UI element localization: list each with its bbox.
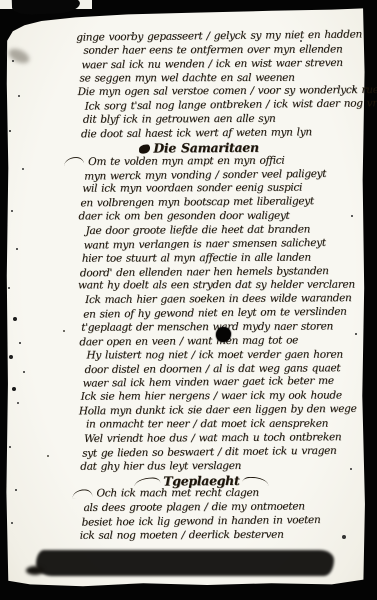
manuscript-line-text: die doot sal haest ick wert af weten myn… xyxy=(81,126,312,140)
manuscript-line-text: en volbrengen myn bootscap met liberalig… xyxy=(80,196,314,210)
manuscript-line-text: Die myn ogen sal verstoe comen / voor sy… xyxy=(78,84,377,98)
manuscript-line: ick sal nog moeten / deerlick besterven xyxy=(80,528,376,543)
speaker-heading-text: Tgeplaeght xyxy=(163,472,239,488)
manuscript-line-text: en sien of hy gewond niet en leyt om te … xyxy=(83,306,347,321)
bottom-smudge-band xyxy=(36,550,334,576)
manuscript-line-text: se seggen myn wel dachte en sal weenen xyxy=(80,71,295,84)
manuscript-line-text: daer ick om ben gesonden door waligeyt xyxy=(78,210,289,223)
manuscript-line-text: Ick mach hier gaen soeken in dees wilde … xyxy=(85,292,351,306)
bottom-smudge-tail xyxy=(26,566,44,575)
manuscript-line-text: want myn verlangen is naer smensen salic… xyxy=(84,237,326,252)
manuscript-line-text: Om te volden myn ampt en myn offici xyxy=(88,154,284,167)
manuscript-line-text: Jae door groote liefde die heet dat bran… xyxy=(86,223,311,237)
manuscript-line-text: Hy luistert nog niet / ick moet verder g… xyxy=(86,348,342,361)
manuscript-line-text: t'geplaagt der menschen ward mydy naer s… xyxy=(81,321,333,334)
manuscript-line: in onmacht ter neer / dat moet ick aensp… xyxy=(79,418,375,433)
manuscript-line-text: waer sal ick nu wenden / ick en wist wae… xyxy=(81,57,342,71)
manuscript-line-text: Wel vriendt hoe dus / wat mach u toch on… xyxy=(84,431,341,445)
manuscript-line-text: sonder haer eens te ontfermen over myn e… xyxy=(83,43,342,56)
manuscript-line: Och ick mach met recht clagen xyxy=(79,487,375,502)
manuscript-line-text: dit blyf ick in getrouwen aen alle syn xyxy=(83,113,276,126)
manuscript-line-text: myn werck myn vonding / sonder veel pali… xyxy=(84,167,326,182)
manuscript-line-text: Ick sorg t'sal nog lange ontbreken / ick… xyxy=(85,98,377,113)
manuscript-line-text: door distel en doornen / al is dat weg g… xyxy=(85,362,341,376)
swash-flourish-icon xyxy=(134,477,160,486)
manuscript-line-text: hier toe stuurt al myn affectie in alle … xyxy=(82,251,311,264)
manuscript-line-text: als dees groote plagen / die my ontmoete… xyxy=(84,501,305,515)
manuscript-line-text: dat ghy hier dus leyt verslagen xyxy=(80,460,241,473)
manuscript-line-text: want hy doelt als een stryden dat sy hel… xyxy=(78,279,355,292)
manuscript-line-text: in onmacht ter neer / dat moet ick aensp… xyxy=(86,418,328,431)
scan-speckle-noise xyxy=(0,0,2,2)
manuscript-line: want hy doelt als een stryden dat sy hel… xyxy=(78,279,374,294)
swash-flourish-icon xyxy=(242,476,268,485)
manuscript-line: Hy luistert nog niet / ick moet verder g… xyxy=(78,348,374,363)
manuscript-line-text: wil ick myn voordaen sonder eenig suspic… xyxy=(82,182,302,195)
manuscript-line-text: Holla myn dunkt ick sie daer een liggen … xyxy=(79,403,357,418)
manuscript-line-text: besiet hoe ick lig gewond in handen in v… xyxy=(82,514,321,529)
manuscript-line-text: syt ge lieden so beswaert / dit moet ick… xyxy=(82,445,336,460)
manuscript-line: hier toe stuurt al myn affectie in alle … xyxy=(78,251,374,266)
manuscript-line-text: Ick sie hem hier nergens / waer ick my o… xyxy=(81,390,342,403)
manuscript-line: daer ick om ben gesonden door waligeyt xyxy=(77,210,373,225)
manuscript-text-column: ginge voorby gepasseert / gelyck sy my n… xyxy=(76,29,376,544)
scan-corner-blob xyxy=(12,0,81,15)
manuscript-line-text: doord' den ellenden naer hen hemels byst… xyxy=(80,265,329,279)
fleuron-flourish-icon xyxy=(139,144,150,153)
manuscript-line-text: Och ick mach met recht clagen xyxy=(96,487,258,499)
manuscript-scan: { "page": { "kind": "scanned handwritten… xyxy=(0,0,377,600)
manuscript-line-text: daer open en veen / want men mag tot oe xyxy=(79,334,298,348)
manuscript-line: waer sal ick nu wenden / ick en wist wae… xyxy=(76,56,372,73)
manuscript-line-text: ick sal nog moeten / deerlick besterven xyxy=(80,529,284,542)
manuscript-line: se seggen myn wel dachte en sal weenen xyxy=(77,71,373,86)
speaker-heading-text: Die Samaritaen xyxy=(153,140,259,156)
manuscript-line-text: waer sal ick hem vinden waer gaet ick be… xyxy=(83,375,334,390)
manuscript-line-text: ginge voorby gepasseert / gelyck sy my n… xyxy=(76,28,362,43)
